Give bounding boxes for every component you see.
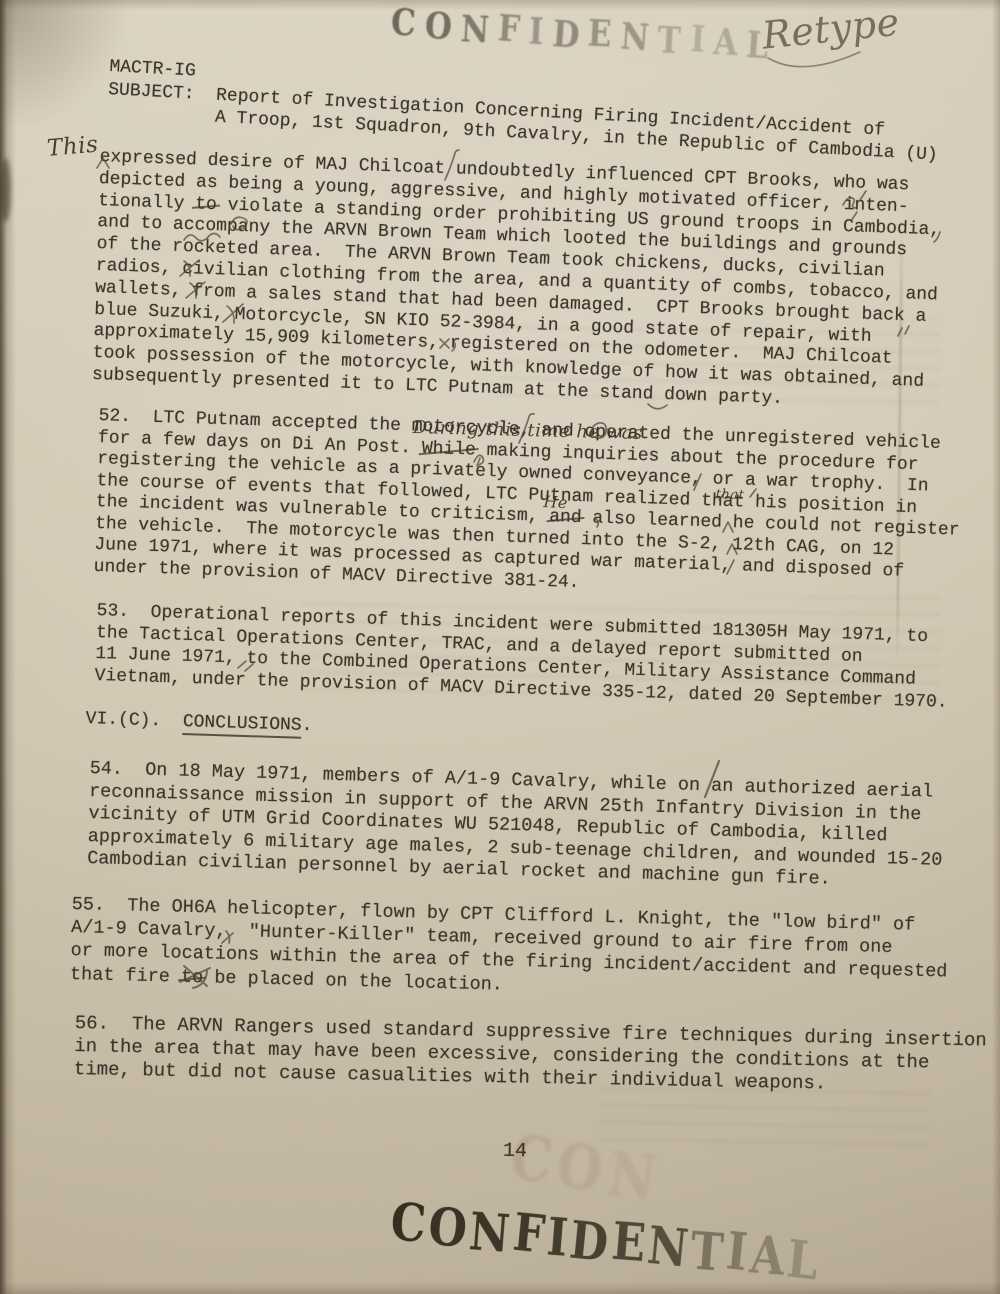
stamp-letter: E xyxy=(609,1212,647,1275)
struck-word: to xyxy=(181,966,204,988)
stamp-letter: A xyxy=(713,21,739,64)
text-line: VI.(C). CONCLUSIONS. xyxy=(85,708,312,737)
para-56: 56. The ARVN Rangers used standard suppr… xyxy=(74,1012,987,1098)
stamp-letter: N xyxy=(645,1216,691,1280)
stamp-letter: T xyxy=(657,19,682,62)
para-54: 54. On 18 May 1971, members of A/1-9 Cav… xyxy=(87,758,945,894)
confidential-stamp-ghost: CON xyxy=(507,1128,666,1210)
page-number: 14 xyxy=(503,1140,527,1163)
stamp-letter: D xyxy=(567,1210,611,1274)
struck-word: While xyxy=(422,438,477,460)
stamp-letter: A xyxy=(748,1225,787,1288)
para-55: 55. The OH6A helicopter, flown by CPT Cl… xyxy=(70,893,949,1007)
handwritten-note: He xyxy=(543,492,568,512)
stamp-letter: C xyxy=(389,1192,429,1255)
stamp-letter: N xyxy=(604,1138,661,1215)
stamp-letter: D xyxy=(551,13,581,57)
stamp-letter: E xyxy=(587,13,613,56)
stamp-letter: I xyxy=(689,18,706,61)
confidential-stamp-bottom: CONFIDENTIAL xyxy=(389,1198,824,1286)
page-edge-right xyxy=(992,0,1000,1294)
stamp-letter: L xyxy=(784,1229,821,1292)
stamp-letter: N xyxy=(460,8,490,52)
handwritten-note: that xyxy=(715,487,744,503)
stamp-letter: O xyxy=(423,4,453,48)
confidential-stamp-top: CONFIDENTIAL xyxy=(390,6,778,64)
struck-word: to xyxy=(195,194,217,215)
stamp-letter: N xyxy=(467,1202,512,1265)
handwritten-note: Retype xyxy=(760,0,902,58)
header: MACTR-IGSUBJECT: Report of Investigation… xyxy=(106,56,940,167)
edge-smear xyxy=(0,158,11,222)
stamp-letter: F xyxy=(497,7,522,51)
para-53: 53. Operational reports of this incident… xyxy=(94,601,950,714)
stamp-letter: O xyxy=(552,1129,608,1207)
document-page: CONFIDENTIAL CON CONFIDENTIAL MACTR-IGSU… xyxy=(0,0,1000,1294)
stamp-letter: T xyxy=(688,1221,725,1283)
stamp-letter: I xyxy=(724,1221,750,1283)
stamp-letter: F xyxy=(510,1202,547,1265)
handwritten-note: This xyxy=(46,132,99,162)
conclusions-heading: VI.(C). CONCLUSIONS. xyxy=(85,708,312,737)
stamp-letter: C xyxy=(390,1,417,45)
stamp-letter: O xyxy=(426,1196,470,1260)
stamp-letter: N xyxy=(619,15,650,59)
stamp-letter: I xyxy=(528,11,544,54)
para-intro: expressed desire of MAJ Chilcoat undoubt… xyxy=(92,147,942,416)
underlined-word: CONCLUSIONS xyxy=(182,712,301,739)
page-edge-bottom xyxy=(0,1282,1000,1294)
page-edge-left xyxy=(0,0,16,1294)
stamp-letter: I xyxy=(545,1207,570,1269)
